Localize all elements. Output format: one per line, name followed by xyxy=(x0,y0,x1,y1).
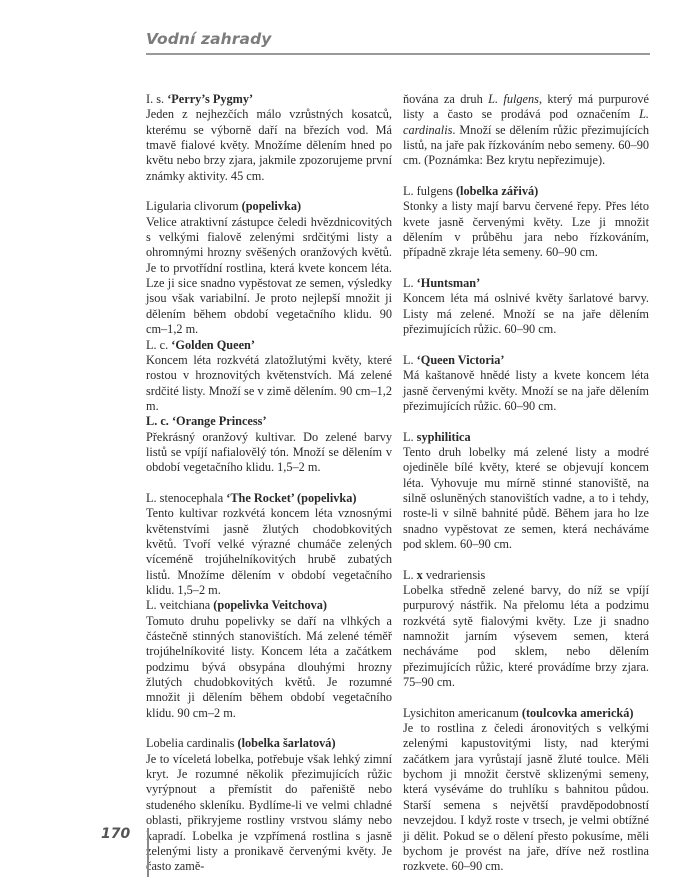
entry-title: L. c. ‘Golden Queen’ xyxy=(146,338,392,353)
entry-species: syphilitica xyxy=(417,430,471,444)
plant-entry-lysichiton: Lysichiton americanum (toulcovka americk… xyxy=(403,706,649,875)
entry-description: Je to rostlina z čeledi áronovitých s ve… xyxy=(403,721,649,874)
entry-title: L. x vedrariensis xyxy=(403,568,649,583)
entry-name: L. xyxy=(403,568,417,582)
entry-name-suffix: vedrariensis xyxy=(423,568,486,582)
entry-description: Tento kultivar rozkvétá koncem léta vzno… xyxy=(146,506,392,598)
entry-title: Ligularia clivorum (popelivka) xyxy=(146,199,392,214)
species-name: L. fulgens xyxy=(488,92,539,106)
entry-name: L. c. xyxy=(146,338,171,352)
plant-entry-huntsman: L. ‘Huntsman’ Koncem léta má oslnivé kvě… xyxy=(403,276,649,337)
entry-title: L. stenocephala ‘The Rocket’ (popelivka) xyxy=(146,491,392,506)
entry-common-name: (lobelka zářivá) xyxy=(456,184,538,198)
entry-name: I. s. xyxy=(146,92,167,106)
entry-description: Tento druh lobelky má zelené listy a mod… xyxy=(403,445,649,552)
entry-title: I. s. ‘Perry’s Pygmy’ xyxy=(146,92,392,107)
entry-title: Lysichiton americanum (toulcovka americk… xyxy=(403,706,649,721)
footer-rule xyxy=(147,828,149,877)
plant-entry-ligularia-clivorum: Ligularia clivorum (popelivka) Velice at… xyxy=(146,199,392,337)
page-number: 170 xyxy=(101,826,130,842)
entry-name: Lobelia cardinalis xyxy=(146,736,238,750)
right-column: ňována za druh L. fulgens, který má purp… xyxy=(403,92,649,875)
plant-entry-syphilitica: L. syphilitica Tento druh lobelky má zel… xyxy=(403,430,649,553)
plant-entry-vedrariensis: L. x vedrariensis Lobelka středně zelené… xyxy=(403,568,649,691)
plant-entry-veitchiana: L. veitchiana (popelivka Veitchova) Tomu… xyxy=(146,598,392,721)
entry-description: Stonky a listy mají barvu červené řepy. … xyxy=(403,199,649,260)
entry-title: L. fulgens (lobelka zářivá) xyxy=(403,184,649,199)
entry-description-continued: ňována za druh L. fulgens, který má purp… xyxy=(403,92,649,169)
entry-description: Překrásný oranžový kultivar. Do zelené b… xyxy=(146,430,392,476)
plant-entry-lobelia-cardinalis: Lobelia cardinalis (lobelka šarlatová) J… xyxy=(146,736,392,874)
entry-title: L. ‘Huntsman’ xyxy=(403,276,649,291)
entry-common-name: (popelivka) xyxy=(242,199,301,213)
entry-description: Lobelka středně zelené barvy, do níž se … xyxy=(403,583,649,690)
entry-description: Tomuto druhu popelivky se daří na vlhkýc… xyxy=(146,614,392,721)
entry-name: L. veitchiana xyxy=(146,598,213,612)
entry-title: L. c. ‘Orange Princess’ xyxy=(146,414,392,429)
entry-description: Koncem léta má oslnivé květy šarlatové b… xyxy=(403,291,649,337)
species-name: L. cardinalis xyxy=(403,107,649,136)
entry-common-name: (toulcovka americká) xyxy=(522,706,634,720)
plant-entry-the-rocket: L. stenocephala ‘The Rocket’ (popelivka)… xyxy=(146,491,392,598)
entry-common-name: (lobelka šarlatová) xyxy=(238,736,336,750)
entry-description: Je to víceletá lobelka, potřebuje však l… xyxy=(146,752,392,875)
entry-name: L. xyxy=(403,276,417,290)
entry-cultivar: ‘Huntsman’ xyxy=(417,276,481,290)
plant-entry-queen-victoria: L. ‘Queen Victoria’ Má kaštanově hnědé l… xyxy=(403,353,649,414)
left-column: I. s. ‘Perry’s Pygmy’ Jeden z nejhezčích… xyxy=(146,92,392,875)
entry-description: Jeden z nejhezčích málo vzrůstných kosat… xyxy=(146,107,392,184)
entry-description: Velice atraktivní zástupce čeledi hvězdn… xyxy=(146,215,392,338)
entry-name: Ligularia clivorum xyxy=(146,199,242,213)
entry-title: L. ‘Queen Victoria’ xyxy=(403,353,649,368)
entry-title: Lobelia cardinalis (lobelka šarlatová) xyxy=(146,736,392,751)
entry-cultivar: ‘Golden Queen’ xyxy=(171,338,255,352)
entry-cultivar: ‘The Rocket’ (popelivka) xyxy=(226,491,356,505)
entry-common-name: (popelivka Veitchova) xyxy=(213,598,327,612)
entry-name: Lysichiton americanum xyxy=(403,706,522,720)
plant-entry-perrys-pygmy: I. s. ‘Perry’s Pygmy’ Jeden z nejhezčích… xyxy=(146,92,392,184)
entry-cultivar: ‘Perry’s Pygmy’ xyxy=(167,92,253,106)
plant-entry-cardinalis-continued: ňována za druh L. fulgens, který má purp… xyxy=(403,92,649,169)
entry-title: L. syphilitica xyxy=(403,430,649,445)
entry-description: Koncem léta rozkvétá zlatožlutými květy,… xyxy=(146,353,392,414)
entry-title: L. veitchiana (popelivka Veitchova) xyxy=(146,598,392,613)
header-rule xyxy=(146,53,650,55)
plant-entry-orange-princess: L. c. ‘Orange Princess’ Překrásný oranžo… xyxy=(146,414,392,475)
entry-name: L. xyxy=(403,430,417,444)
plant-entry-fulgens: L. fulgens (lobelka zářivá) Stonky a lis… xyxy=(403,184,649,261)
plant-entry-golden-queen: L. c. ‘Golden Queen’ Koncem léta rozkvét… xyxy=(146,338,392,415)
running-head-section-title: Vodní zahrady xyxy=(146,30,271,48)
entry-name: L. xyxy=(403,353,417,367)
entry-cultivar: ‘Queen Victoria’ xyxy=(417,353,505,367)
entry-cultivar: L. c. ‘Orange Princess’ xyxy=(146,414,267,428)
entry-description: Má kaštanově hnědé listy a kvete koncem … xyxy=(403,368,649,414)
entry-name: L. fulgens xyxy=(403,184,456,198)
entry-name: L. stenocephala xyxy=(146,491,226,505)
